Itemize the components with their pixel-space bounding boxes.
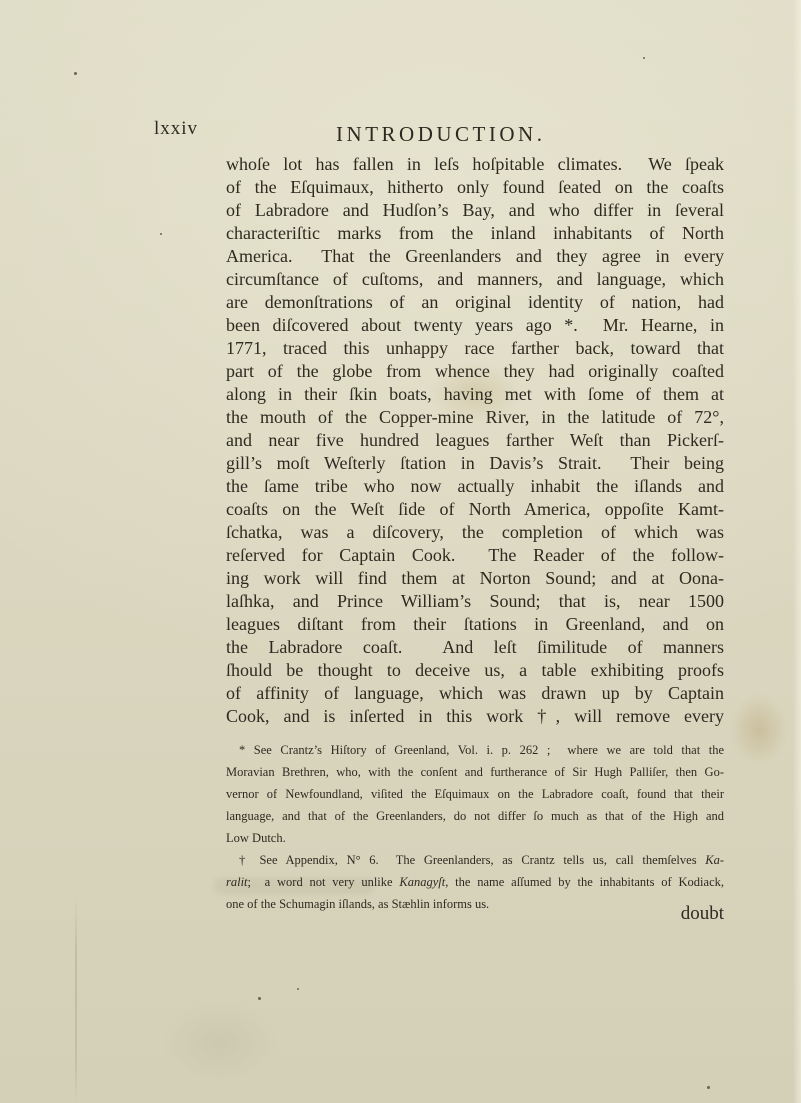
text-line: 1771, traced this unhappy race farther b… xyxy=(226,337,724,360)
paper-speck xyxy=(643,57,645,59)
text-line: Cook, and is inſerted in this work †, wi… xyxy=(226,705,724,728)
text-line: Low Dutch. xyxy=(226,827,724,849)
catchword: doubt xyxy=(226,903,724,925)
footnotes: * See Crantz’s Hiſtory of Greenland, Vol… xyxy=(226,739,724,915)
paper-crease xyxy=(75,895,77,1103)
paper-speck xyxy=(258,997,261,1000)
text-line: vernor of Newfoundland, viſited the Eſqu… xyxy=(226,783,724,805)
text-line: * See Crantz’s Hiſtory of Greenland, Vol… xyxy=(226,739,724,761)
text-line: Moravian Brethren, who, with the conſent… xyxy=(226,761,724,783)
paper-speck xyxy=(297,988,299,990)
text-line: ſhould be thought to deceive us, a table… xyxy=(226,659,724,682)
paper-stain xyxy=(730,694,788,766)
text-line: part of the globe from whence they had o… xyxy=(226,360,724,383)
text-line: the ſame tribe who now actually inhabit … xyxy=(226,475,724,498)
footnote-asterisk: * See Crantz’s Hiſtory of Greenland, Vol… xyxy=(226,739,724,849)
text-line: reſerved for Captain Cook. The Reader of… xyxy=(226,544,724,567)
text-line: ralit; a word not very unlike Kanagyſt, … xyxy=(226,871,724,893)
text-line: along in their ſkin boats, having met wi… xyxy=(226,383,724,406)
text-line: of Labradore and Hudſon’s Bay, and who d… xyxy=(226,199,724,222)
text-line: circumſtance of cuſtoms, and manners, an… xyxy=(226,268,724,291)
text-line: laſhka, and Prince William’s Sound; that… xyxy=(226,590,724,613)
page-title: INTRODUCTION. xyxy=(154,122,724,147)
paper-stain xyxy=(160,1000,280,1085)
text-line: the mouth of the Copper-mine River, in t… xyxy=(226,406,724,429)
text-line: America. That the Greenlanders and they … xyxy=(226,245,724,268)
text-line: ing work will find them at Norton Sound;… xyxy=(226,567,724,590)
book-page-scan: lxxiv INTRODUCTION. whoſe lot has fallen… xyxy=(0,0,801,1103)
text-line: the Labradore coaſt. And leſt ſimilitude… xyxy=(226,636,724,659)
text-line: of affinity of language, which was drawn… xyxy=(226,682,724,705)
body-text: whoſe lot has fallen in leſs hoſpitable … xyxy=(226,153,724,728)
text-line: characteriſtic marks from the inland inh… xyxy=(226,222,724,245)
text-line: † See Appendix, N° 6. The Greenlanders, … xyxy=(226,849,724,871)
text-line: of the Eſquimaux, hitherto only found ſe… xyxy=(226,176,724,199)
text-line: and near five hundred leagues farther We… xyxy=(226,429,724,452)
text-line: leagues diſtant from their ſtations in G… xyxy=(226,613,724,636)
paper-speck xyxy=(160,233,162,235)
page-edge-highlight xyxy=(793,0,801,1103)
text-line: ſchatka, was a diſcovery, the completion… xyxy=(226,521,724,544)
text-line: whoſe lot has fallen in leſs hoſpitable … xyxy=(226,153,724,176)
paper-speck xyxy=(74,72,77,75)
text-line: language, and that of the Greenlanders, … xyxy=(226,805,724,827)
text-line: are demonſtrations of an original identi… xyxy=(226,291,724,314)
paper-speck xyxy=(707,1086,710,1089)
text-line: been diſcovered about twenty years ago *… xyxy=(226,314,724,337)
text-line: coaſts on the Weſt ſide of North America… xyxy=(226,498,724,521)
text-line: gill’s moſt Weſterly ſtation in Davis’s … xyxy=(226,452,724,475)
